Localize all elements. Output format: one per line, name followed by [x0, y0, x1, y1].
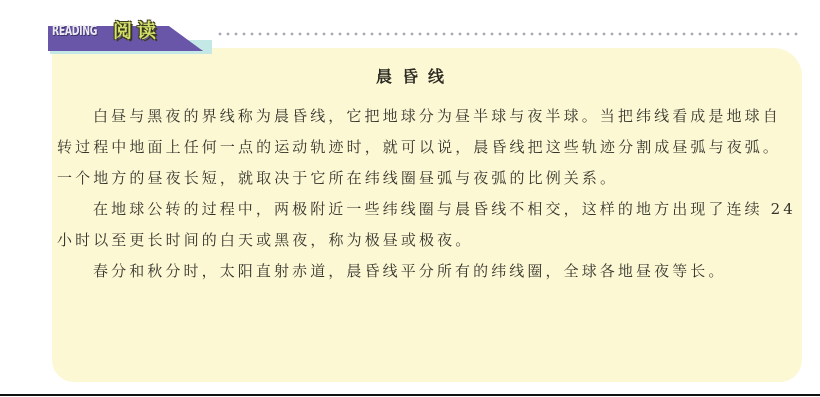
paragraph: 在地球公转的过程中，两极附近一些纬线圈与晨昏线不相交，这样的地方出现了连续 24…: [57, 194, 797, 256]
dotted-divider: [216, 32, 802, 36]
article-body: 白昼与黑夜的界线称为晨昏线，它把地球分为昼半球与夜半球。当把纬线看成是地球自转过…: [57, 101, 797, 287]
bottom-rule: [0, 394, 820, 396]
article-title: 晨昏线: [0, 64, 820, 87]
paragraph: 白昼与黑夜的界线称为晨昏线，它把地球分为昼半球与夜半球。当把纬线看成是地球自转过…: [57, 101, 797, 194]
paragraph: 春分和秋分时，太阳直射赤道，晨昏线平分所有的纬线圈，全球各地昼夜等长。: [57, 256, 797, 287]
reading-label-cn: 阅读: [113, 19, 161, 43]
reading-label-en: READING: [52, 22, 97, 42]
